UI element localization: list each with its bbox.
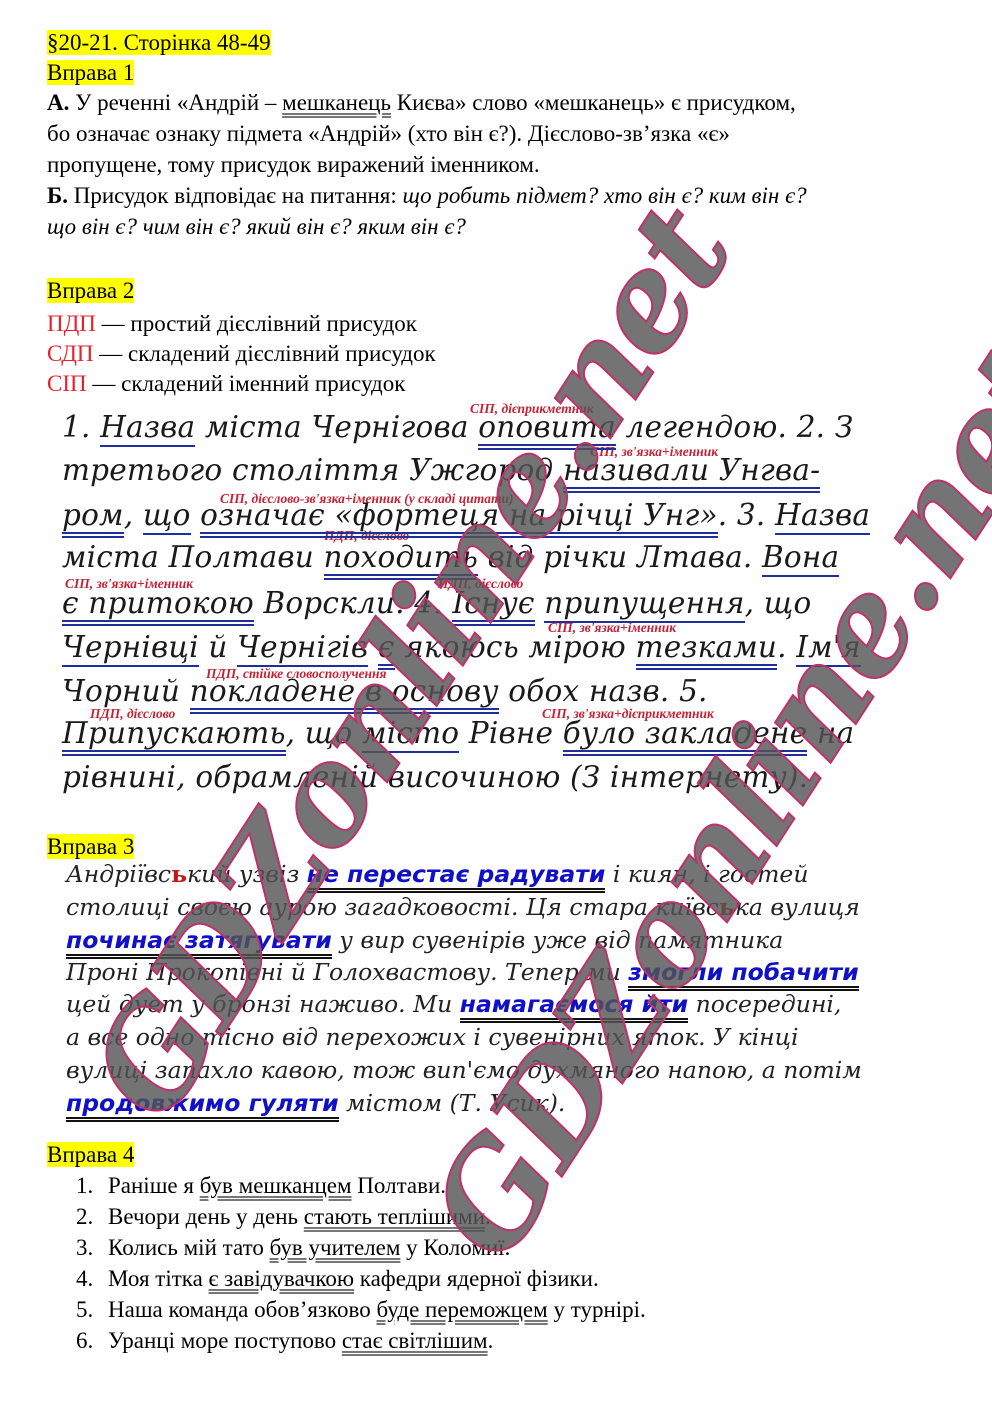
- subject: Вона: [762, 540, 839, 577]
- sentence-line: Чернівці й Чернігів є якоюсь мірою тезка…: [62, 630, 861, 670]
- predicate: оповита: [478, 410, 616, 450]
- predicate: є завідувачкою: [209, 1266, 354, 1291]
- subject: Назва: [775, 498, 870, 535]
- text: Раніше я: [108, 1173, 200, 1198]
- text: у Коломиї.: [400, 1235, 510, 1260]
- text: Колись мій тато: [108, 1235, 270, 1260]
- text-line: столиці своєю аурою загадковості. Ця ста…: [66, 893, 860, 921]
- legend-text: — простий дієслівний присудок: [96, 311, 417, 336]
- list-item: 4.Моя тітка є завідувачкою кафедри ядерн…: [76, 1264, 599, 1293]
- predicate: буде переможцем: [376, 1297, 547, 1322]
- worksheet-page: §20-21. Сторінка 48-49 Вправа 1 А. У реч…: [0, 0, 992, 1424]
- text: у вир сувенірів уже від памятника: [332, 926, 783, 954]
- text: від річки Лтава.: [478, 540, 762, 574]
- text: й: [199, 630, 237, 664]
- item-number: 6.: [76, 1326, 108, 1355]
- text: легендою. 2. З: [616, 410, 854, 444]
- text: ,: [124, 498, 143, 532]
- predicate: був учителем: [270, 1235, 401, 1260]
- exercise1-b-line1: Б. Присудок відповідає на питання: що ро…: [47, 181, 807, 210]
- predicate-underlined: мешканець: [282, 90, 391, 115]
- exercise4-heading: Вправа 4: [47, 1142, 134, 1167]
- text: [191, 498, 201, 532]
- predicate: ром: [62, 498, 124, 538]
- legend-item-sdp: СДП — складений дієслівний присудок: [47, 339, 436, 368]
- predicate: змогли побачити: [628, 958, 858, 991]
- predicate: називали Унгва-: [563, 453, 820, 493]
- text: Рівне: [459, 716, 563, 750]
- text: якоюсь мірою: [395, 630, 636, 664]
- legend-item-sip: СІП — складений іменний присудок: [47, 369, 405, 398]
- predicate: починає затягувати: [66, 926, 332, 959]
- text: Чорний: [62, 674, 190, 708]
- legend-abbr: СДП: [47, 341, 94, 366]
- text: міста Полтави: [62, 540, 324, 574]
- text: Андріївс: [66, 860, 171, 888]
- text: столиці своєю аурою загадковості. Ця ста…: [66, 893, 719, 921]
- predicate: намагаємося йти: [460, 990, 688, 1023]
- subject: Чернігів: [237, 630, 368, 667]
- predicate: походить: [324, 540, 479, 580]
- legend-abbr: ПДП: [47, 311, 96, 336]
- text-line: а все одно тісно від перехожих і сувенір…: [66, 1023, 799, 1051]
- legend-abbr: СІП: [47, 371, 87, 396]
- subject: місто: [362, 716, 459, 753]
- exercise1-a-line2: бо означає ознаку підмета «Андрій» (хто …: [47, 119, 730, 148]
- text: вулиці запахло кавою, тож вип'ємо духмян…: [66, 1056, 862, 1084]
- text-line: Проні Прокопівні й Голохвастову. Тепер м…: [66, 958, 859, 986]
- text-line: починає затягувати у вир сувенірів уже в…: [66, 926, 783, 954]
- predicate: покладене в основу: [190, 674, 499, 714]
- part-b-text: Присудок відповідає на питання:: [68, 183, 403, 208]
- subject: Ім'я: [796, 630, 861, 667]
- predicate: стає світлішим: [342, 1328, 488, 1353]
- text: Наша команда обов’язково: [108, 1297, 376, 1322]
- legend-text: — складений іменний присудок: [87, 371, 406, 396]
- text: на: [807, 716, 854, 750]
- exercise4-heading-line: Вправа 4: [47, 1140, 134, 1169]
- text: рівнині, обрамленій височиною (З інтерне…: [62, 760, 808, 794]
- exercise1-a-line1: А. У реченні «Андрій – мешканець Києва» …: [47, 88, 796, 117]
- exercise1-heading: Вправа 1: [47, 60, 134, 85]
- exercise1-b-line2: що він є? чим він є? який він є? яким ві…: [47, 212, 466, 241]
- sentence-line: міста Полтави походить від річки Лтава. …: [62, 540, 839, 580]
- exercise1-heading-line: Вправа 1: [47, 58, 134, 87]
- exercise2-heading-line: Вправа 2: [47, 276, 134, 305]
- predicate: є притокою: [62, 586, 254, 626]
- predicate: Існує: [452, 586, 534, 626]
- text: .: [777, 630, 796, 664]
- item-number: 3.: [76, 1233, 108, 1262]
- sentence-line: Припускають, що місто Рівне було закладе…: [62, 716, 854, 756]
- text: ка вулиця: [735, 893, 860, 921]
- text: Вечори день у день: [108, 1204, 304, 1229]
- subject: Чернівці: [62, 630, 199, 667]
- predicate: продовжимо гуляти: [66, 1089, 339, 1122]
- text: кий узвіз: [187, 860, 307, 888]
- text: цей дует у бронзі наживо. Ми: [66, 990, 460, 1018]
- text: Уранці море поступово: [108, 1328, 342, 1353]
- predicate: означає «фортеця на річці Унг»: [200, 498, 718, 538]
- text: .: [485, 1204, 491, 1229]
- text: Проні Прокопівні й Голохвастову. Тепер м…: [66, 958, 628, 986]
- section-title-line: §20-21. Сторінка 48-49: [47, 28, 271, 57]
- text: Ворскли. 4.: [254, 586, 453, 620]
- text-line: продовжимо гуляти містом (Т. Усик).: [66, 1089, 565, 1117]
- list-item: 6.Уранці море поступово стає світлішим.: [76, 1326, 493, 1355]
- text: [368, 630, 378, 664]
- sentence-line: 1. Назва міста Чернігова оповита легендо…: [62, 410, 853, 450]
- text: третього століття Ужгород: [62, 453, 563, 487]
- soft-sign-highlight: ь: [719, 893, 735, 921]
- part-b-questions: що робить підмет? хто він є? ким він є?: [403, 183, 807, 208]
- exercise3-heading: Вправа 3: [47, 834, 134, 859]
- sentence-line: третього століття Ужгород називали Унгва…: [62, 453, 820, 493]
- text-line: Андріївський узвіз не перестає радувати …: [66, 860, 808, 888]
- text-line: цей дует у бронзі наживо. Ми намагаємося…: [66, 990, 841, 1018]
- text: міста Чернігова: [195, 410, 478, 444]
- part-b-label: Б.: [47, 183, 68, 208]
- subject: що: [143, 498, 191, 535]
- text: 1.: [62, 410, 100, 444]
- sentence-line: рівнині, обрамленій височиною (З інтерне…: [62, 760, 808, 800]
- sentence-line: є притокою Ворскли. 4. Існує припущення,…: [62, 586, 811, 626]
- text: Полтави.: [352, 1173, 447, 1198]
- text: , що: [745, 586, 812, 620]
- predicate: був мешканцем: [200, 1173, 352, 1198]
- text: у турнірі.: [548, 1297, 646, 1322]
- legend-text: — складений дієслівний присудок: [94, 341, 436, 366]
- subject: припущення: [544, 586, 744, 623]
- text: і киян, і гостей: [605, 860, 808, 888]
- part-a-text: Києва» слово «мешканець» є присудком,: [391, 90, 796, 115]
- section-title: §20-21. Сторінка 48-49: [47, 30, 271, 55]
- sentence-line: ром, що означає «фортеця на річці Унг». …: [62, 498, 870, 538]
- text: а все одно тісно від перехожих і сувенір…: [66, 1023, 799, 1051]
- text: .: [488, 1328, 494, 1353]
- item-number: 4.: [76, 1264, 108, 1293]
- legend-item-pdp: ПДП — простий дієслівний присудок: [47, 309, 417, 338]
- text: , що: [286, 716, 362, 750]
- text: посередині,: [688, 990, 841, 1018]
- soft-sign-highlight: ь: [171, 860, 187, 888]
- subject: Назва: [100, 410, 195, 447]
- text: Моя тітка: [108, 1266, 209, 1291]
- text: [535, 586, 545, 620]
- exercise2-heading: Вправа 2: [47, 278, 134, 303]
- sentence-line: Чорний покладене в основу обох назв. 5.: [62, 674, 708, 714]
- text: містом (Т. Усик).: [339, 1089, 566, 1117]
- list-item: 1.Раніше я був мешканцем Полтави.: [76, 1171, 446, 1200]
- text: обох назв. 5.: [499, 674, 708, 708]
- predicate: тезками: [636, 630, 778, 670]
- list-item: 2.Вечори день у день стають теплішими.: [76, 1202, 491, 1231]
- item-number: 1.: [76, 1171, 108, 1200]
- predicate: було закладене: [563, 716, 808, 756]
- predicate: є: [378, 630, 395, 670]
- list-item: 3.Колись мій тато був учителем у Коломиї…: [76, 1233, 510, 1262]
- predicate: не перестає радувати: [307, 860, 606, 893]
- exercise1-a-line3: пропущене, тому присудок виражений іменн…: [47, 150, 540, 179]
- text: . 3.: [718, 498, 775, 532]
- item-number: 2.: [76, 1202, 108, 1231]
- part-a-text: У реченні «Андрій –: [69, 90, 282, 115]
- exercise3-heading-line: Вправа 3: [47, 832, 134, 861]
- text-line: вулиці запахло кавою, тож вип'ємо духмян…: [66, 1056, 862, 1084]
- predicate: Припускають: [62, 716, 286, 756]
- text: кафедри ядерної фізики.: [354, 1266, 599, 1291]
- predicate: стають теплішими: [304, 1204, 485, 1229]
- list-item: 5.Наша команда обов’язково буде переможц…: [76, 1295, 646, 1324]
- item-number: 5.: [76, 1295, 108, 1324]
- part-a-label: А.: [47, 90, 69, 115]
